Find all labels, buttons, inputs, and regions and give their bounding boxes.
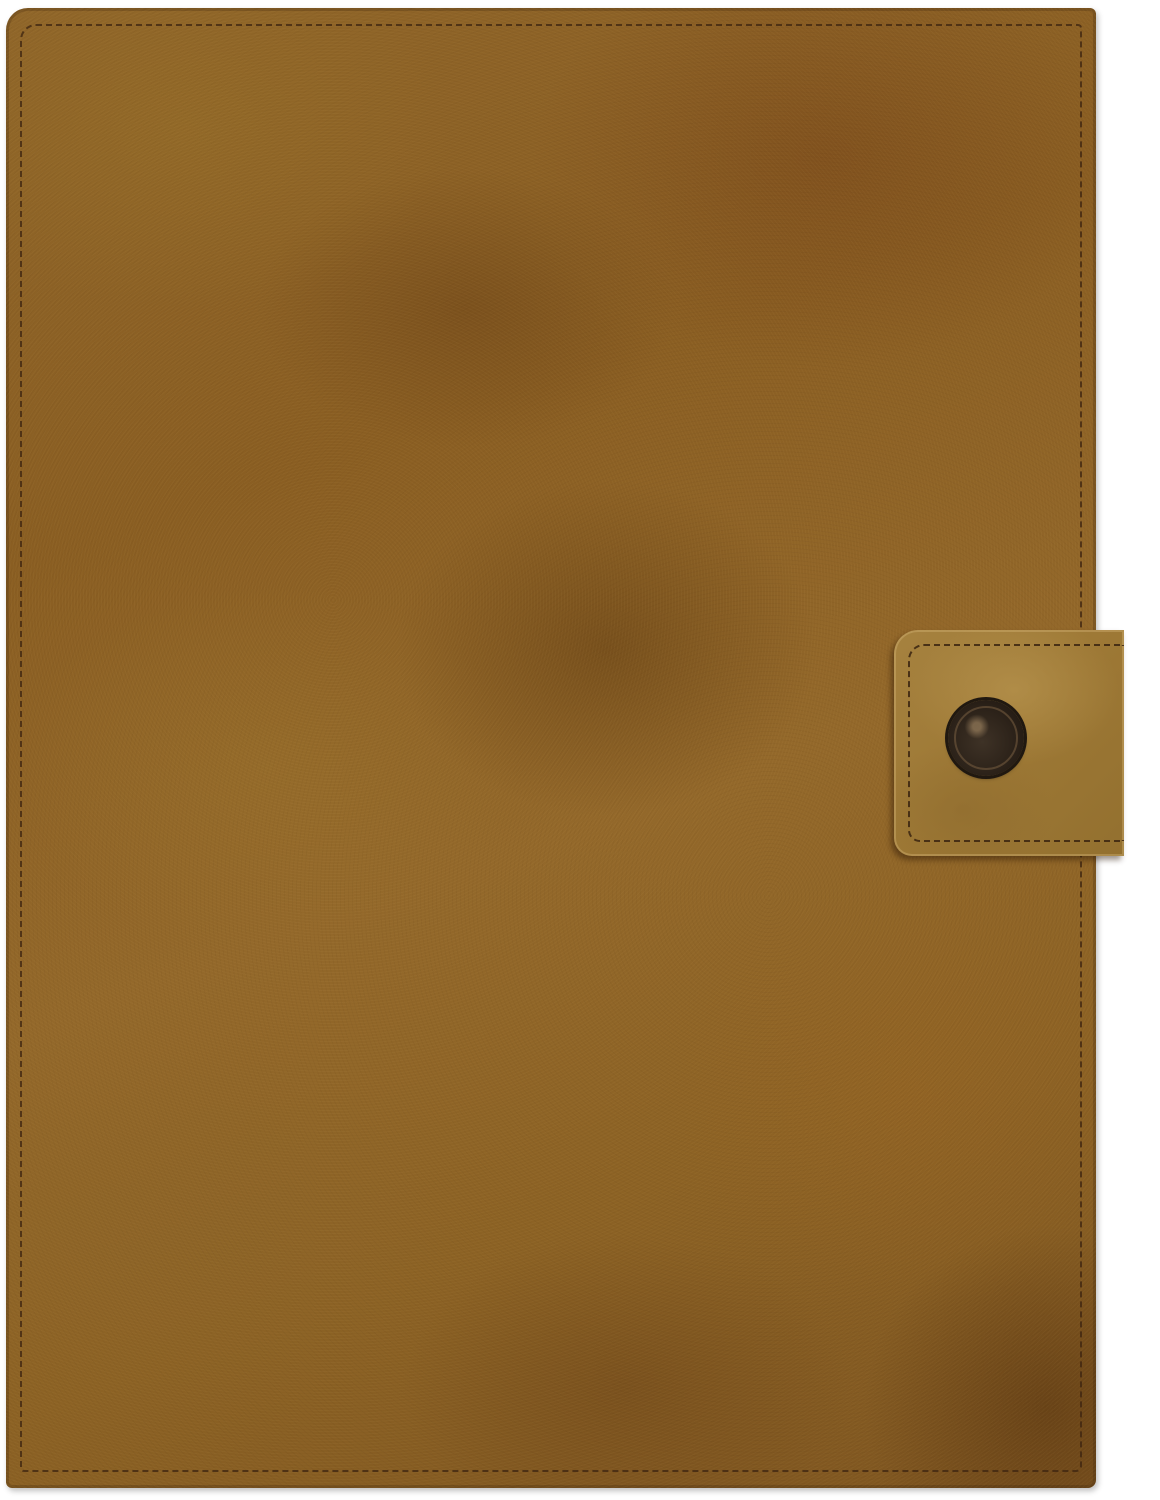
closure-tab [894,630,1124,856]
snap-button-icon [948,700,1024,776]
snap-ring [954,706,1018,770]
product-photo [0,0,1160,1500]
